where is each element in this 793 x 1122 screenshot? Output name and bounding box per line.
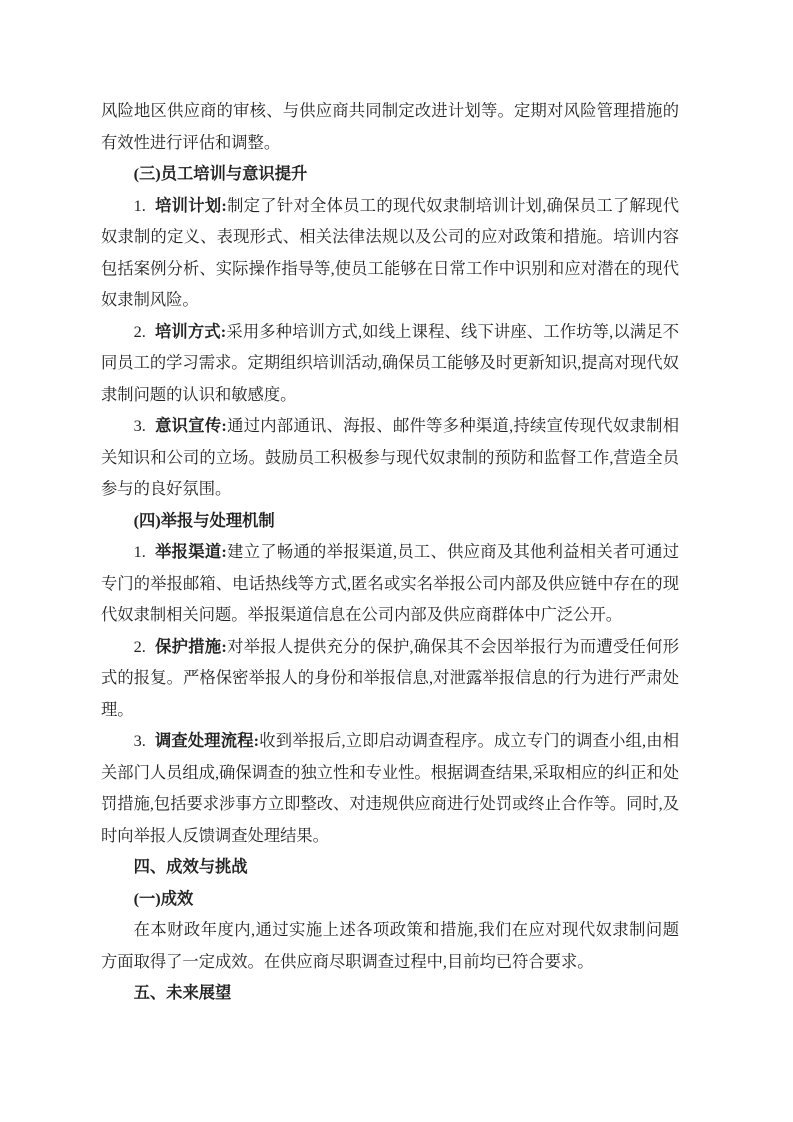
item-label: 举报渠道:	[155, 542, 227, 561]
item-label: 保护措施:	[155, 637, 227, 656]
item-label: 培训方式:	[155, 322, 226, 341]
item-label: 调查处理流程:	[155, 731, 259, 750]
numbered-paragraph: 2.培训方式:采用多种培训方式,如线上课程、线下讲座、工作坊等,以满足不同员工的…	[101, 316, 679, 411]
section-heading: 五、未来展望	[101, 977, 679, 1009]
list-number: 3.	[134, 731, 146, 750]
numbered-paragraph: 3.调查处理流程:收到举报后,立即启动调查程序。成立专门的调查小组,由相关部门人…	[101, 725, 679, 851]
numbered-paragraph: 3.意识宣传:通过内部通讯、海报、邮件等多种渠道,持续宣传现代奴隶制相关知识和公…	[101, 410, 679, 505]
numbered-paragraph: 1.培训计划:制定了针对全体员工的现代奴隶制培训计划,确保员工了解现代奴隶制的定…	[101, 190, 679, 316]
section-heading: (三)员工培训与意识提升	[101, 158, 679, 190]
document-page: 风险地区供应商的审核、与供应商共同制定改进计划等。定期对风险管理措施的有效性进行…	[0, 0, 793, 1122]
list-number: 2.	[134, 637, 146, 656]
section-heading: (四)举报与处理机制	[101, 505, 679, 537]
list-number: 1.	[134, 196, 146, 215]
document-body: 风险地区供应商的审核、与供应商共同制定改进计划等。定期对风险管理措施的有效性进行…	[101, 95, 679, 1009]
item-label: 意识宣传:	[155, 416, 227, 435]
section-heading: 四、成效与挑战	[101, 851, 679, 883]
list-number: 2.	[134, 322, 146, 341]
body-paragraph: 风险地区供应商的审核、与供应商共同制定改进计划等。定期对风险管理措施的有效性进行…	[101, 95, 679, 158]
list-number: 3.	[134, 416, 146, 435]
item-label: 培训计划:	[155, 196, 227, 215]
numbered-paragraph: 2.保护措施:对举报人提供充分的保护,确保其不会因举报行为而遭受任何形式的报复。…	[101, 631, 679, 726]
body-paragraph: 在本财政年度内,通过实施上述各项政策和措施,我们在应对现代奴隶制问题方面取得了一…	[101, 914, 679, 977]
numbered-paragraph: 1.举报渠道:建立了畅通的举报渠道,员工、供应商及其他利益相关者可通过专门的举报…	[101, 536, 679, 631]
list-number: 1.	[134, 542, 146, 561]
section-heading: (一)成效	[101, 883, 679, 915]
